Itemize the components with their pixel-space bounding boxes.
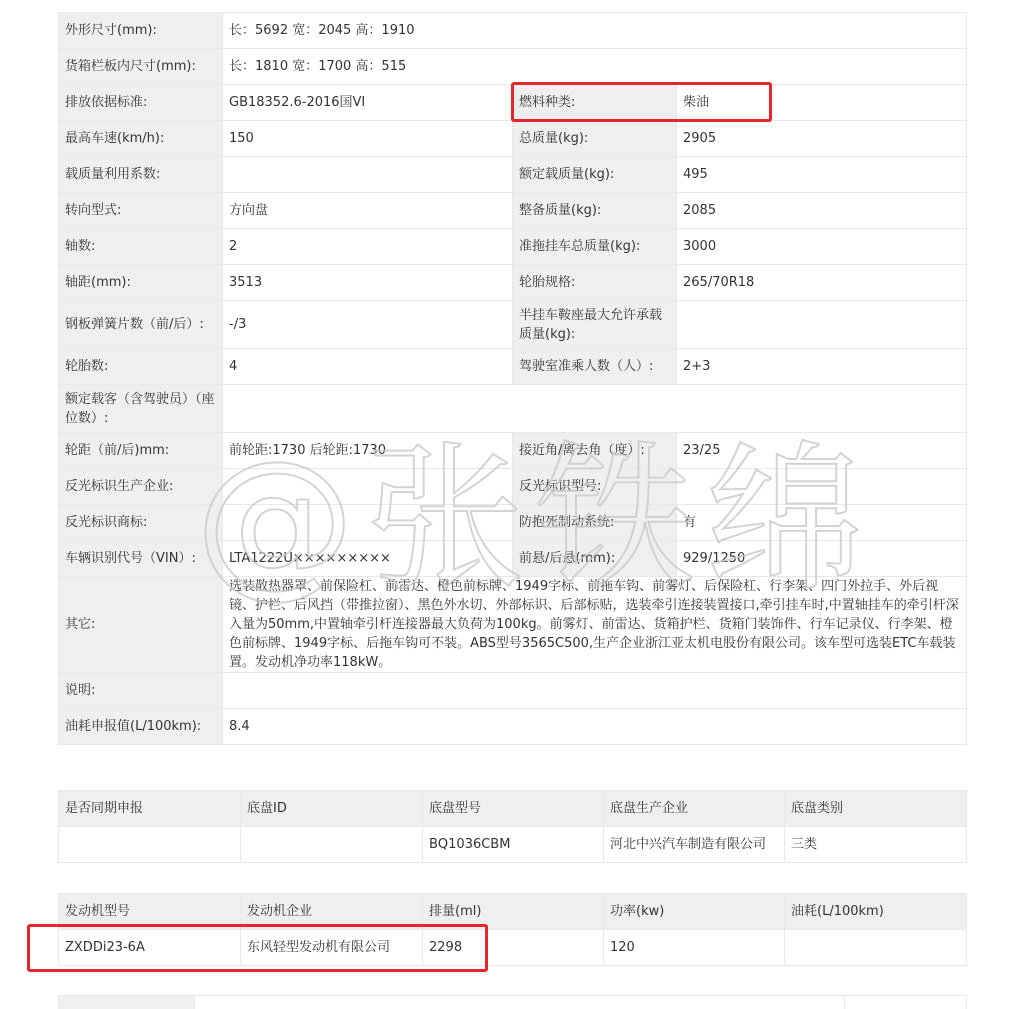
spec-label: 其它: — [59, 577, 223, 673]
table-row — [59, 996, 967, 1009]
engine-table: 发动机型号 发动机企业 排量(ml) 功率(kw) 油耗(L/100km) ZX… — [58, 893, 967, 966]
spec-value: 方向盘 — [223, 193, 513, 229]
spec-value — [223, 505, 513, 541]
spec-label: 钢板弹簧片数（前/后）: — [59, 301, 223, 349]
vehicle-spec-table: 外形尺寸(mm):长：5692 宽：2045 高：1910货箱栏板内尺寸(mm)… — [58, 12, 967, 745]
table-row: ZXDDi23-6A 东风轻型发动机有限公司 2298 120 — [59, 930, 967, 966]
partial-value-cell — [195, 996, 845, 1009]
displacement-value: 2298 — [423, 930, 604, 966]
spec-value: -/3 — [223, 301, 513, 349]
table-row: 轴距(mm):3513轮胎规格:265/70R18 — [59, 265, 967, 301]
header-engine-model: 发动机型号 — [59, 894, 241, 930]
header-chassis-category: 底盘类别 — [785, 791, 967, 827]
spec-value — [677, 301, 967, 349]
table-row: 轮胎数:4驾驶室准乘人数（人）:2+3 — [59, 349, 967, 385]
header-fuel-consumption: 油耗(L/100km) — [785, 894, 967, 930]
table-row: 最高车速(km/h):150总质量(kg):2905 — [59, 121, 967, 157]
partial-extra-cell — [845, 996, 967, 1009]
table-row: 外形尺寸(mm):长：5692 宽：2045 高：1910 — [59, 13, 967, 49]
table-row: 反光标识商标:防抱死制动系统:有 — [59, 505, 967, 541]
spec-value: LTA1222U××××××××× — [223, 541, 513, 577]
table-row: 其它:选装散热器罩、前保险杠、前雷达、橙色前标牌、1949字标、前拖车钩、前雾灯… — [59, 577, 967, 673]
spec-value: 选装散热器罩、前保险杠、前雷达、橙色前标牌、1949字标、前拖车钩、前雾灯、后保… — [223, 577, 967, 673]
table-row: 排放依据标准:GB18352.6-2016国VI燃料种类:柴油 — [59, 85, 967, 121]
chassis-category-value: 三类 — [785, 827, 967, 863]
spec-label: 反光标识商标: — [59, 505, 223, 541]
spec-value: 23/25 — [677, 433, 967, 469]
table-row: 额定载客（含驾驶员）（座位数）: — [59, 385, 967, 433]
table-row: 货箱栏板内尺寸(mm):长：1810 宽：1700 高：515 — [59, 49, 967, 85]
spec-label: 燃料种类: — [513, 85, 677, 121]
spec-label: 轴数: — [59, 229, 223, 265]
spec-value — [223, 469, 513, 505]
spec-label: 轴距(mm): — [59, 265, 223, 301]
header-chassis-model: 底盘型号 — [423, 791, 604, 827]
table-row: 钢板弹簧片数（前/后）:-/3半挂车鞍座最大允许承载质量(kg): — [59, 301, 967, 349]
spec-value — [223, 385, 967, 433]
table-row: 说明: — [59, 673, 967, 709]
header-engine-maker: 发动机企业 — [241, 894, 423, 930]
sync-declare-value — [59, 827, 241, 863]
engine-header-row: 发动机型号 发动机企业 排量(ml) 功率(kw) 油耗(L/100km) — [59, 894, 967, 930]
spec-label: 轮胎数: — [59, 349, 223, 385]
spec-label: 载质量利用系数: — [59, 157, 223, 193]
spec-value: 150 — [223, 121, 513, 157]
spec-label: 前悬/后悬(mm): — [513, 541, 677, 577]
power-value: 120 — [604, 930, 785, 966]
chassis-id-value — [241, 827, 423, 863]
spec-label: 额定载客（含驾驶员）（座位数）: — [59, 385, 223, 433]
spec-value — [223, 673, 967, 709]
table-row: 反光标识生产企业:反光标识型号: — [59, 469, 967, 505]
next-table-partial — [58, 995, 967, 1009]
spec-value: 长：1810 宽：1700 高：515 — [223, 49, 967, 85]
chassis-header-row: 是否同期申报 底盘ID 底盘型号 底盘生产企业 底盘类别 — [59, 791, 967, 827]
header-sync-declare: 是否同期申报 — [59, 791, 241, 827]
spec-label: 半挂车鞍座最大允许承载质量(kg): — [513, 301, 677, 349]
spec-label: 接近角/离去角（度）: — [513, 433, 677, 469]
spec-value: 3000 — [677, 229, 967, 265]
chassis-model-value: BQ1036CBM — [423, 827, 604, 863]
table-row: 轮距（前/后)mm:前轮距:1730 后轮距:1730接近角/离去角（度）:23… — [59, 433, 967, 469]
spec-value: 2905 — [677, 121, 967, 157]
spec-label: 车辆识别代号（VIN）: — [59, 541, 223, 577]
spec-label: 防抱死制动系统: — [513, 505, 677, 541]
spec-value: 929/1250 — [677, 541, 967, 577]
header-chassis-maker: 底盘生产企业 — [604, 791, 785, 827]
spec-value: 4 — [223, 349, 513, 385]
spec-label: 准拖挂车总质量(kg): — [513, 229, 677, 265]
spec-label: 反光标识生产企业: — [59, 469, 223, 505]
spec-label: 轮距（前/后)mm: — [59, 433, 223, 469]
header-displacement: 排量(ml) — [423, 894, 604, 930]
spec-value: 8.4 — [223, 709, 967, 745]
spec-label: 油耗申报值(L/100km): — [59, 709, 223, 745]
spec-value: 2+3 — [677, 349, 967, 385]
spec-value: 2085 — [677, 193, 967, 229]
spec-label: 排放依据标准: — [59, 85, 223, 121]
spec-value: GB18352.6-2016国VI — [223, 85, 513, 121]
fuel-consumption-value — [785, 930, 967, 966]
spec-label: 轮胎规格: — [513, 265, 677, 301]
table-row: 转向型式:方向盘整备质量(kg):2085 — [59, 193, 967, 229]
table-row: 载质量利用系数:额定载质量(kg):495 — [59, 157, 967, 193]
engine-model-value: ZXDDi23-6A — [59, 930, 241, 966]
chassis-table: 是否同期申报 底盘ID 底盘型号 底盘生产企业 底盘类别 BQ1036CBM 河… — [58, 790, 967, 863]
spec-value: 前轮距:1730 后轮距:1730 — [223, 433, 513, 469]
table-row: 车辆识别代号（VIN）:LTA1222U×××××××××前悬/后悬(mm):9… — [59, 541, 967, 577]
spec-label: 总质量(kg): — [513, 121, 677, 157]
table-row: 轴数:2准拖挂车总质量(kg):3000 — [59, 229, 967, 265]
partial-label-cell — [59, 996, 195, 1009]
header-power: 功率(kw) — [604, 894, 785, 930]
spec-label: 外形尺寸(mm): — [59, 13, 223, 49]
spec-value — [223, 157, 513, 193]
spec-value: 495 — [677, 157, 967, 193]
spec-value: 有 — [677, 505, 967, 541]
spec-label: 反光标识型号: — [513, 469, 677, 505]
spec-value: 长：5692 宽：2045 高：1910 — [223, 13, 967, 49]
spec-label: 最高车速(km/h): — [59, 121, 223, 157]
table-row: BQ1036CBM 河北中兴汽车制造有限公司 三类 — [59, 827, 967, 863]
spec-label: 转向型式: — [59, 193, 223, 229]
spec-label: 说明: — [59, 673, 223, 709]
chassis-maker-value: 河北中兴汽车制造有限公司 — [604, 827, 785, 863]
spec-value: 265/70R18 — [677, 265, 967, 301]
spec-value — [677, 469, 967, 505]
spec-label: 货箱栏板内尺寸(mm): — [59, 49, 223, 85]
spec-label: 整备质量(kg): — [513, 193, 677, 229]
engine-maker-value: 东风轻型发动机有限公司 — [241, 930, 423, 966]
header-chassis-id: 底盘ID — [241, 791, 423, 827]
spec-label: 驾驶室准乘人数（人）: — [513, 349, 677, 385]
spec-value: 柴油 — [677, 85, 967, 121]
spec-value: 3513 — [223, 265, 513, 301]
spec-value: 2 — [223, 229, 513, 265]
spec-label: 额定载质量(kg): — [513, 157, 677, 193]
table-row: 油耗申报值(L/100km):8.4 — [59, 709, 967, 745]
